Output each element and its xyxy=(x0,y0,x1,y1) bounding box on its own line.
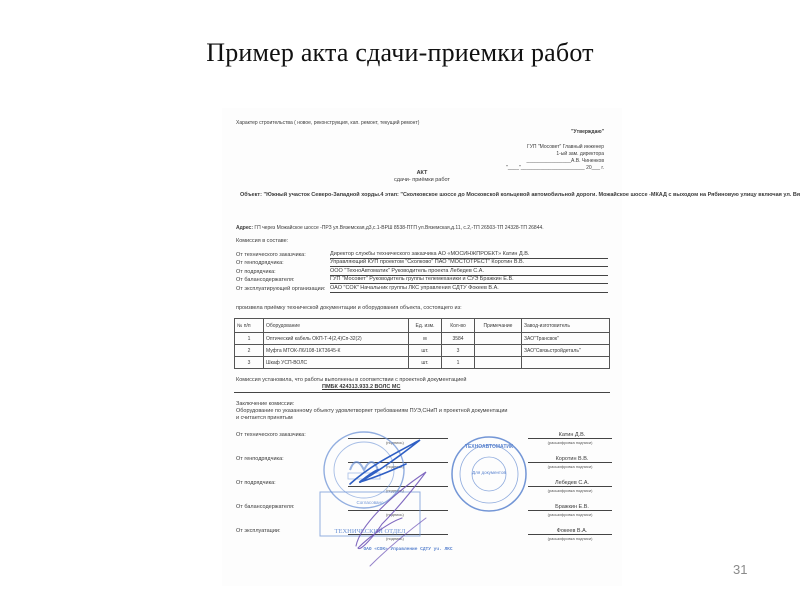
member-role: От подрядчика: xyxy=(236,269,330,276)
member-name: ООО "ТехноАвтоматик" Руководитель проект… xyxy=(330,268,608,276)
column-header: Кол-во xyxy=(442,319,475,333)
divider xyxy=(234,392,610,393)
name-line xyxy=(528,510,612,511)
table-row: 3 Шкаф УСП-ВОЛС шт. 1 xyxy=(235,357,610,369)
member-role: От технического заказчика: xyxy=(236,252,330,259)
address-label: Адрес: xyxy=(236,225,253,231)
signature-row: От технического заказчика: (подпись) Кат… xyxy=(236,432,612,452)
signature-row: От эксплуатации: (подпись) Фокеев В.А. (… xyxy=(236,528,612,548)
signature-role: От подрядчика: xyxy=(236,480,276,486)
signature-role: От эксплуатации: xyxy=(236,528,281,534)
signature-caption: (подпись) xyxy=(386,536,404,541)
commission-member: От технического заказчика: Директор служ… xyxy=(236,250,608,259)
column-header: Ед. изм. xyxy=(409,319,442,333)
name-caption: (расшифровка подписи) xyxy=(528,440,612,445)
member-name: Директор службы технического заказчика А… xyxy=(330,251,608,259)
name-line xyxy=(528,462,612,463)
cell-note xyxy=(475,345,522,357)
conclusion-text: Оборудование по указанному объекту удовл… xyxy=(236,408,507,415)
approval-organization: ГУП "Мосовет" Главный инженер xyxy=(527,144,604,150)
name-line xyxy=(528,534,612,535)
slide-title: Пример акта сдачи-приемки работ xyxy=(0,38,800,68)
table-header-row: № п/п Оборудование Ед. изм. Кол-во Приме… xyxy=(235,319,610,333)
conclusion-label: Заключение комиссии: xyxy=(236,401,294,408)
cell-note xyxy=(475,357,522,369)
cell-equipment: Оптический кабель ОКП-Т-4(2,4)Сп-32(2) xyxy=(264,333,409,345)
address-value: ГП через Можайское шоссе -ПРЗ ул.Вяземск… xyxy=(254,225,543,231)
member-name: ГУП "Мосовет" Руководитель группы телеме… xyxy=(330,276,608,284)
equipment-table: № п/п Оборудование Ед. изм. Кол-во Приме… xyxy=(234,318,610,369)
cell-quantity: 1 xyxy=(442,357,475,369)
cell-manufacturer: ЗАО"Трансвок" xyxy=(522,333,610,345)
signature-caption: (подпись) xyxy=(386,512,404,517)
name-line xyxy=(528,486,612,487)
name-caption: (расшифровка подписи) xyxy=(528,488,612,493)
cell-number: 1 xyxy=(235,333,264,345)
signature-line xyxy=(348,534,448,535)
name-caption: (расшифровка подписи) xyxy=(528,512,612,517)
established-text: Комиссия установила, что работы выполнен… xyxy=(236,377,466,384)
cell-number: 2 xyxy=(235,345,264,357)
name-line xyxy=(528,438,612,439)
cell-unit: шт. xyxy=(409,345,442,357)
table-row: 2 Муфта МТОК-Л6/108-1КТ3645-К шт. 3 ЗАО"… xyxy=(235,345,610,357)
commission-member: От подрядчика: ООО "ТехноАвтоматик" Руко… xyxy=(236,267,608,276)
cell-note xyxy=(475,333,522,345)
name-caption: (расшифровка подписи) xyxy=(528,464,612,469)
member-name: Управляющий КУП проектом "Сколково" ПАО … xyxy=(330,259,608,267)
column-header: Завод-изготовитель xyxy=(522,319,610,333)
signature-line xyxy=(348,510,448,511)
signature-line xyxy=(348,438,448,439)
cell-number: 3 xyxy=(235,357,264,369)
accepted-text: произвела приёмку технической документац… xyxy=(236,305,462,312)
member-role: От эксплуатирующей организации: xyxy=(236,286,330,293)
object-description: Объект: "Южный участок Северо-Западной х… xyxy=(240,192,610,199)
cell-manufacturer xyxy=(522,357,610,369)
approval-position: 1-ый зам. директора xyxy=(556,151,604,157)
commission-list: От технического заказчика: Директор служ… xyxy=(236,250,608,293)
approval-label: "Утверждаю" xyxy=(571,129,604,135)
table-row: 1 Оптический кабель ОКП-Т-4(2,4)Сп-32(2)… xyxy=(235,333,610,345)
signature-role: От генподрядчика: xyxy=(236,456,284,462)
act-title: АКТ xyxy=(222,170,622,177)
cell-unit: м xyxy=(409,333,442,345)
cell-quantity: 3 xyxy=(442,345,475,357)
approval-name: ________________А.В. Чиненков xyxy=(527,158,604,164)
member-role: От балансодержателя: xyxy=(236,277,330,284)
member-role: От генподрядчика: xyxy=(236,260,330,267)
column-header: Оборудование xyxy=(264,319,409,333)
address-line: Адрес: ГП через Можайское шоссе -ПРЗ ул.… xyxy=(236,225,616,231)
member-name: ОАО "СОК" Начальник группы ЛКС управлени… xyxy=(330,285,608,293)
cell-equipment: Муфта МТОК-Л6/108-1КТ3645-К xyxy=(264,345,409,357)
act-subtitle: сдачи- приёмки работ xyxy=(222,177,622,184)
column-header: № п/п xyxy=(235,319,264,333)
project-code: ПМБК 424313.933.2 ВОЛС МС xyxy=(322,384,400,391)
cell-quantity: 3584 xyxy=(442,333,475,345)
signature-row: От генподрядчика: (подпись) Коротин В.В.… xyxy=(236,456,612,476)
commission-member: От эксплуатирующей организации: ОАО "СОК… xyxy=(236,284,608,293)
conclusion-text-2: и считается принятым xyxy=(236,415,293,422)
signature-line xyxy=(348,486,448,487)
signature-caption: (подпись) xyxy=(386,488,404,493)
commission-member: От генподрядчика: Управляющий КУП проект… xyxy=(236,259,608,268)
cell-unit: шт. xyxy=(409,357,442,369)
signature-caption: (подпись) xyxy=(386,440,404,445)
column-header: Примечание xyxy=(475,319,522,333)
page-number: 31 xyxy=(733,562,747,577)
construction-type: Характер строительства ( новое, реконстр… xyxy=(236,120,419,126)
cell-equipment: Шкаф УСП-ВОЛС xyxy=(264,357,409,369)
signature-role: От технического заказчика: xyxy=(236,432,306,438)
commission-member: От балансодержателя: ГУП "Мосовет" Руков… xyxy=(236,276,608,285)
signature-line xyxy=(348,462,448,463)
signature-caption: (подпись) xyxy=(386,464,404,469)
name-caption: (расшифровка подписи) xyxy=(528,536,612,541)
commission-label: Комиссия в составе: xyxy=(236,238,288,245)
signature-row: От подрядчика: (подпись) Лебедев С.А. (р… xyxy=(236,480,612,500)
cell-manufacturer: ЗАО"Связьстройдеталь" xyxy=(522,345,610,357)
scanned-acceptance-act: Характер строительства ( новое, реконстр… xyxy=(222,108,622,586)
signature-role: От балансодержателя: xyxy=(236,504,294,510)
signature-row: От балансодержателя: (подпись) Бражкин Е… xyxy=(236,504,612,524)
